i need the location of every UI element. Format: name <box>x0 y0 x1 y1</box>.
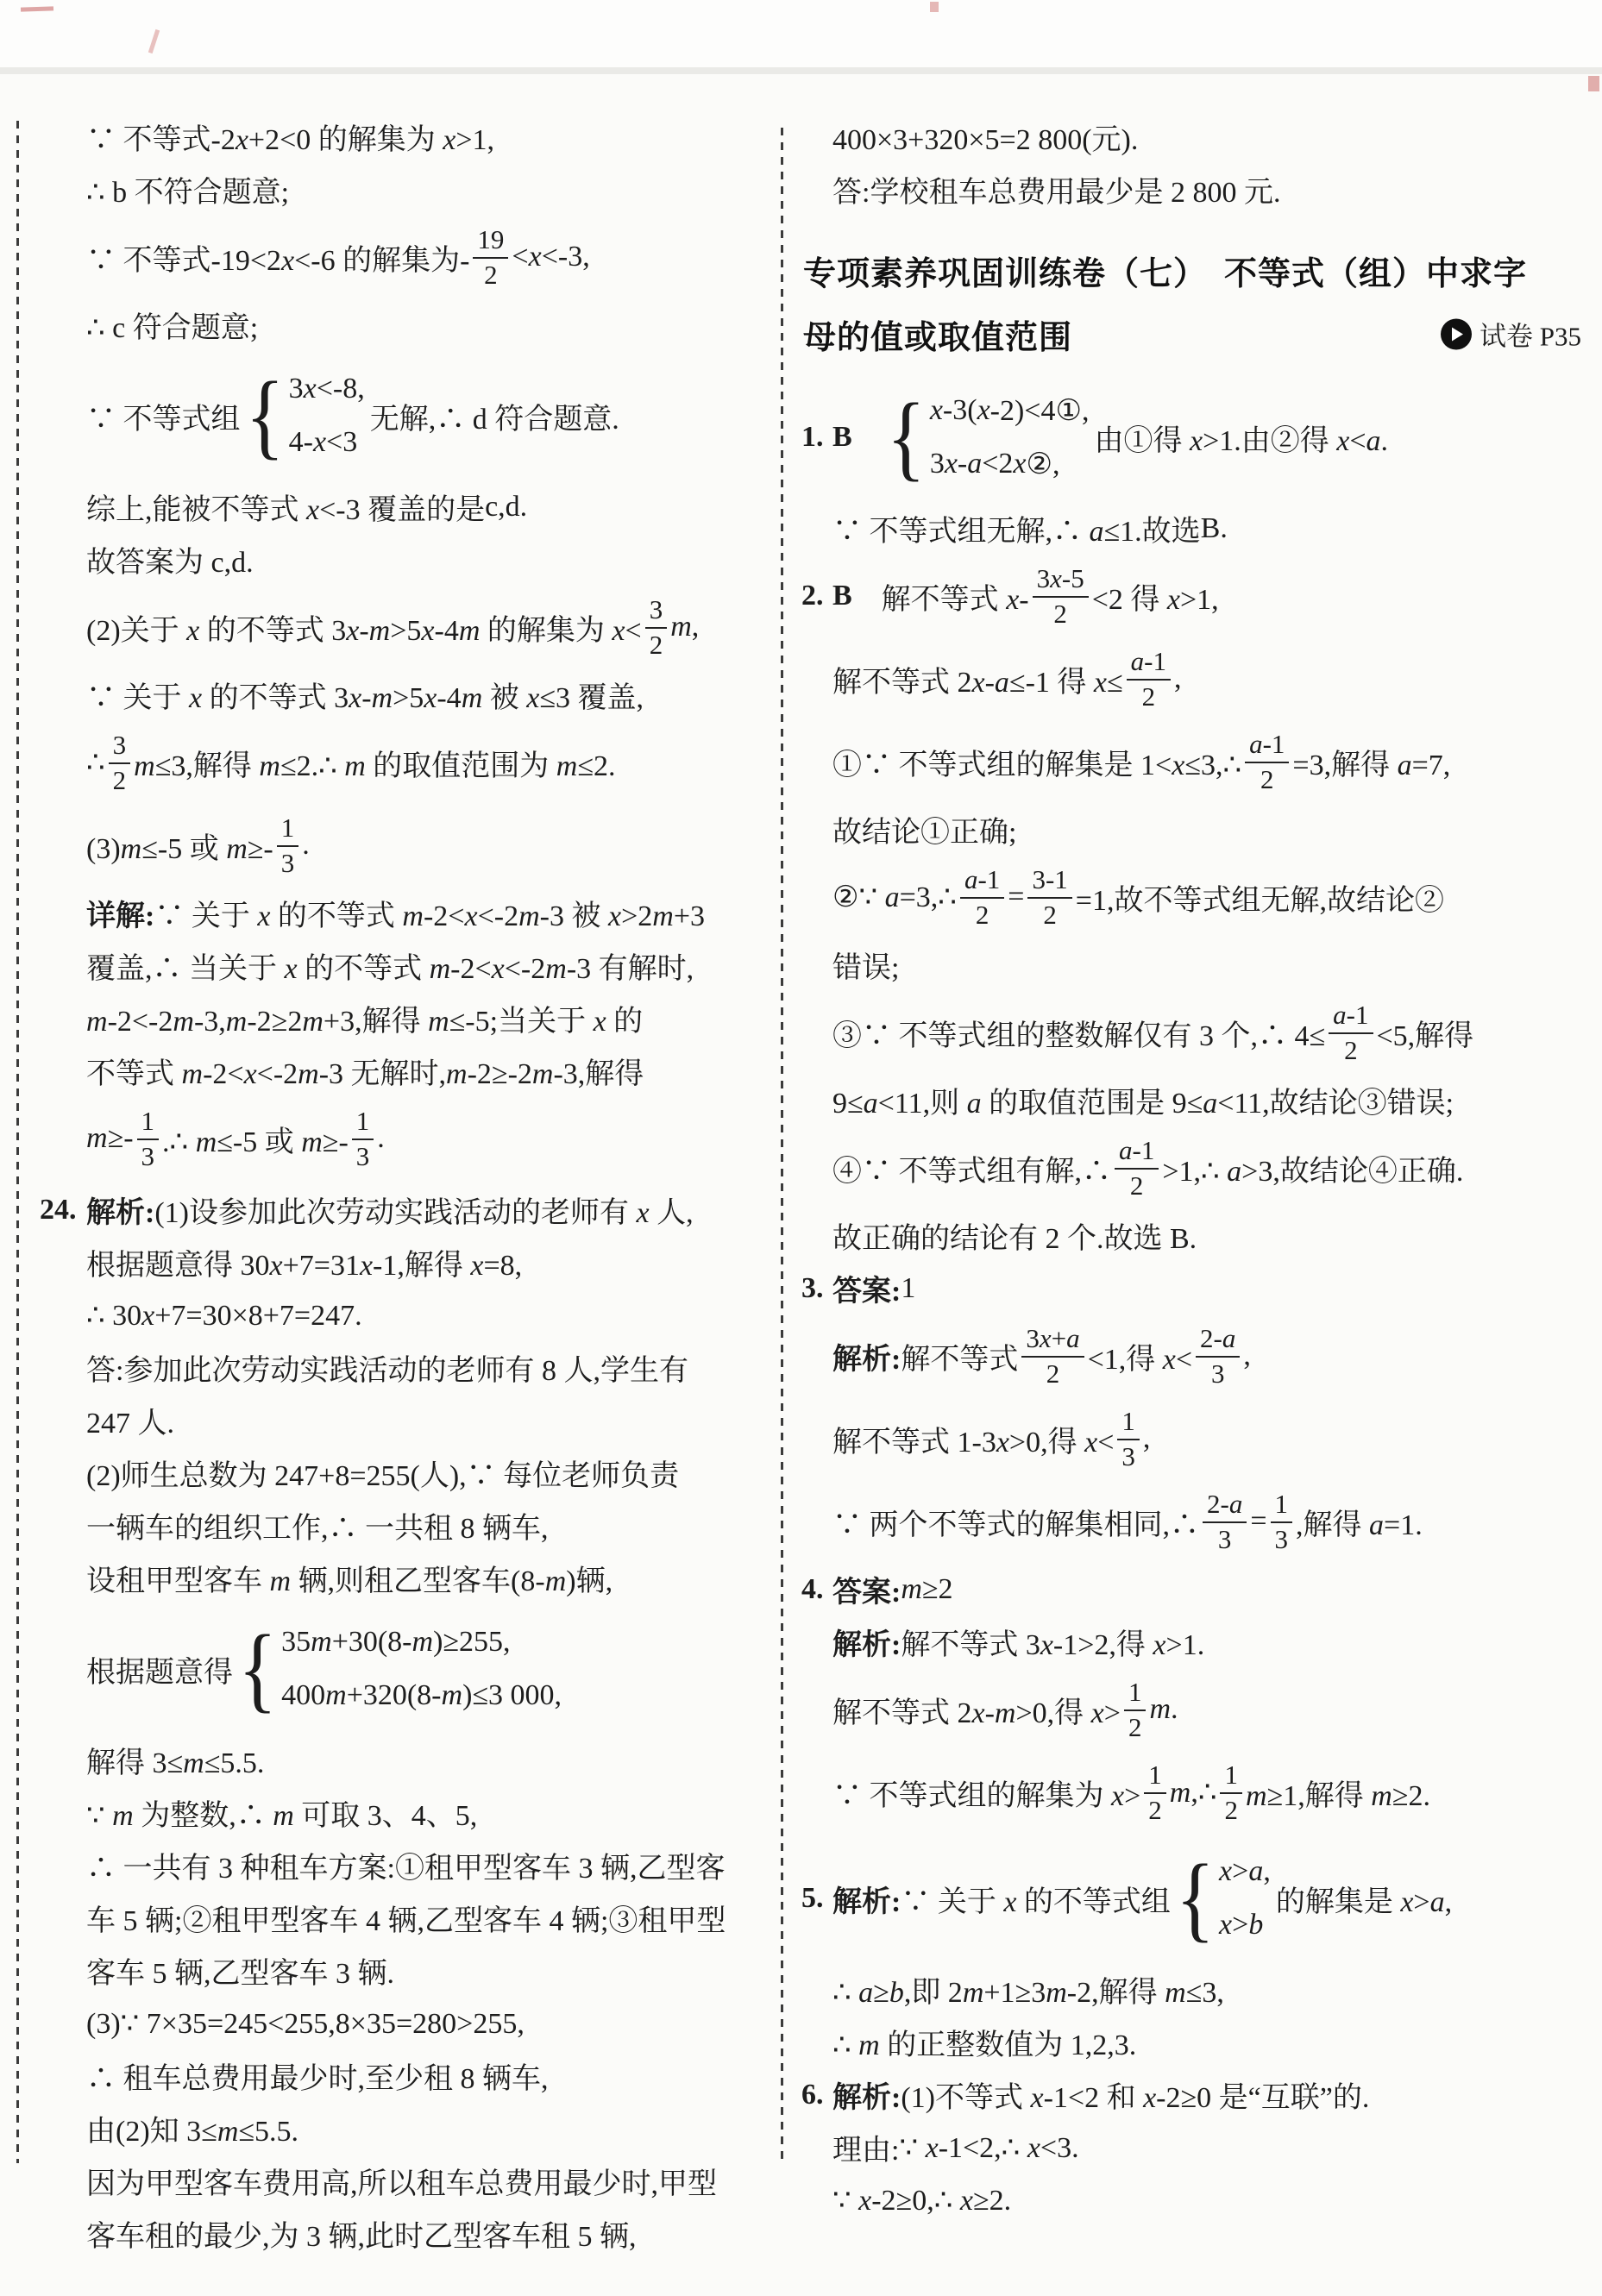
text-line: 解不等式 1-3x>0,得 x<13, <box>832 1397 1592 1480</box>
math-variable: m <box>532 1058 554 1090</box>
fraction-denominator: 2 <box>1142 681 1156 712</box>
fraction: 13 <box>137 1106 160 1171</box>
math-variable: a <box>1249 729 1263 759</box>
line-content: 解不等式 2x-m>0,得 x>12m. <box>832 1677 1178 1742</box>
text-run: 答:参加此次劳动实践活动的老师有 8 人,学生有 <box>86 1346 688 1389</box>
text-run: . <box>377 1122 385 1155</box>
math-variable: m <box>134 750 155 782</box>
text-line: 由(2)知 3≤m≤5.5. <box>86 2102 811 2155</box>
text-run: . <box>302 829 310 862</box>
text-run: 无解,∴ d 符合题意. <box>370 395 619 437</box>
item-number: 3. <box>801 1272 824 1305</box>
formula-run: <1,得 x< <box>1088 1335 1192 1377</box>
math-variable: x <box>1219 1855 1232 1888</box>
math-variable: x <box>424 682 437 714</box>
fraction: a-12 <box>1245 729 1289 794</box>
bold-label: 答案: <box>832 1568 901 1610</box>
math-variable: m <box>518 900 540 932</box>
formula-run: (1)不等式 x-1<2 和 x-2≥0 是“互联”的. <box>901 2073 1369 2116</box>
text-run: 车 5 辆;②租甲型客车 4 辆,乙型客车 4 辆;③租甲型 <box>86 1897 726 1939</box>
formula-run: 覆盖,∴ 当关于 x 的不等式 m-2<x<-2m-3 有解时, <box>86 944 694 987</box>
text-line: 解析:解不等式 3x+a2<1,得 x<2-a3, <box>832 1314 1592 1397</box>
text-line: 故结论①正确; <box>832 803 1592 856</box>
text-run: B. <box>1201 512 1228 545</box>
line-content: ∴ 30x+7=30×8+7=247. <box>86 1298 362 1333</box>
fraction: 13 <box>1271 1489 1293 1554</box>
scan-edge-band <box>0 67 1602 74</box>
formula-run: 设租甲型客车 m 辆,则租乙型客车(8-m)辆, <box>86 1557 613 1599</box>
line-content: 故正确的结论有 2 个.故选 B. <box>832 1214 1197 1257</box>
math-variable: b <box>889 1977 904 2009</box>
text-line: 3.答案:1 <box>832 1262 1592 1314</box>
math-variable: x <box>1153 1629 1165 1661</box>
line-content: ∴ 租车总费用最少时,至少租 8 辆车, <box>86 2054 549 2097</box>
math-variable: x <box>608 900 621 932</box>
text-line: (3)m≤-5 或 m≥-13. <box>86 804 811 887</box>
text-line: ∵ 两个不等式的解集相同,∴ 2-a3=13,解得 a=1. <box>832 1480 1592 1563</box>
fraction-numerator: 1 <box>137 1106 160 1140</box>
line-content: (3)∵ 7×35=245<255,8×35=280>255, <box>86 2006 525 2041</box>
fraction-numerator: a-1 <box>960 864 1004 899</box>
math-variable: x <box>1219 1909 1232 1942</box>
math-variable: x <box>304 373 317 405</box>
fraction-numerator: 3x-5 <box>1033 563 1089 598</box>
formula-run: (3)m≤-5 或 m≥- <box>86 825 273 867</box>
formula-run: 解不等式 <box>901 1335 1018 1377</box>
fraction: 3x+a2 <box>1021 1323 1084 1389</box>
text-run: = <box>1008 881 1024 913</box>
text-run: = <box>1250 1505 1266 1538</box>
text-run: 理由: <box>832 2126 899 2168</box>
formula-run: ③∵ 不等式组的整数解仅有 3 个,∴ 4≤ <box>832 1012 1325 1054</box>
line-content: 客车 5 辆,乙型客车 3 辆. <box>86 1949 394 1992</box>
math-variable: m <box>545 953 567 985</box>
text-line: 母的值或取值范围试卷 P35 <box>803 302 1592 366</box>
formula-run: (1)设参加此次劳动实践活动的老师有 x 人, <box>154 1189 693 1231</box>
line-content: 解析:(1)不等式 x-1<2 和 x-2≥0 是“互联”的. <box>832 2073 1369 2116</box>
fraction-denominator: 3 <box>1211 1358 1225 1390</box>
formula-run: 解不等式 3x-1>2,得 x>1. <box>901 1621 1204 1663</box>
formula-run: (2)关于 x 的不等式 3x-m>5x-4m 的解集为 x< <box>86 606 642 649</box>
bold-label: 解析: <box>832 1878 901 1920</box>
fraction-denominator: 3 <box>281 847 295 879</box>
math-variable: m <box>670 611 692 643</box>
math-variable: m <box>412 1626 434 1659</box>
line-content: 答案:1 <box>832 1267 915 1309</box>
bold-label: 专项素养巩固训练卷（七） 不等式（组）中求字 <box>803 247 1527 294</box>
formula-run: m, <box>670 611 699 643</box>
line-content: (3)m≤-5 或 m≥-13. <box>86 812 310 878</box>
fraction-numerator: 3x+a <box>1021 1323 1084 1358</box>
fraction-denominator: 2 <box>1148 1794 1162 1826</box>
system-row: 4-x<3 <box>289 416 365 469</box>
line-content: ∵ 不等式组无解,∴ a≤1.故选 B. <box>832 507 1228 549</box>
left-column: ∵ 不等式-2x+2<0 的解集为 x>1,∴ b 不符合题意;∵ 不等式-19… <box>86 110 811 2260</box>
math-variable: a <box>1227 1156 1241 1188</box>
math-variable: m <box>301 1126 323 1158</box>
math-variable: a <box>995 667 1009 699</box>
formula-run: ∵ 不等式组的解集为 x> <box>832 1772 1140 1814</box>
text-run: 因为甲型客车费用高,所以租车总费用最少时,甲型 <box>86 2160 717 2202</box>
formula-run: ①∵ 不等式组的解集是 1<x≤3,∴ <box>832 741 1241 783</box>
fraction-numerator: 3 <box>109 730 131 764</box>
formula-run: m-2<-2m-3,m-2≥2m+3,解得 m≤-5;当关于 x 的 <box>86 997 643 1039</box>
arrow-glyph <box>1452 327 1463 341</box>
math-variable: x <box>244 1058 257 1090</box>
text-line: 故正确的结论有 2 个.故选 B. <box>832 1209 1592 1262</box>
math-variable: m <box>858 2029 880 2061</box>
line-content: 根据题意得{35m+30(8-m)≥255,400m+320(8-m)≤3 00… <box>86 1615 567 1722</box>
fraction-denominator: 3 <box>356 1140 370 1172</box>
formula-run: 9≤a<11,则 a 的取值范围是 9≤a<11,故结论③错误; <box>832 1079 1454 1121</box>
line-content: 答案:m≥2 <box>832 1568 953 1610</box>
text-line: 覆盖,∴ 当关于 x 的不等式 m-2<x<-2m-3 有解时, <box>86 939 811 992</box>
formula-run: <5,解得 <box>1377 1012 1474 1054</box>
math-variable: m <box>112 1800 134 1832</box>
paper-ref-label: 试卷 P35 <box>1479 315 1581 354</box>
text-run: , <box>1243 1339 1251 1372</box>
math-variable: x <box>1084 1427 1097 1459</box>
scan-top-edge <box>0 0 1602 67</box>
text-run: 故答案为 c,d. <box>86 538 254 580</box>
fraction: 13 <box>1117 1406 1140 1471</box>
line-content: ①∵ 不等式组的解集是 1<x≤3,∴ a-12=3,解得 a=7, <box>832 729 1450 794</box>
fraction-denominator: 2 <box>1344 1034 1358 1066</box>
math-variable: m <box>556 750 578 782</box>
line-content: 理由:∵ x-1<2,∴ x<3. <box>832 2126 1079 2168</box>
text-run: ∴ 一共有 3 种租车方案:①租甲型客车 3 辆,乙型客 <box>86 1844 725 1886</box>
line-content: (2)关于 x 的不等式 3x-m>5x-4m 的解集为 x<32m, <box>86 594 699 660</box>
line-content: 设租甲型客车 m 辆,则租乙型客车(8-m)辆, <box>86 1557 613 1599</box>
math-variable: x <box>189 682 202 714</box>
item-number: 6. <box>801 2079 824 2111</box>
paper-ref-badge: 试卷 P35 <box>1441 315 1581 354</box>
math-variable: m <box>1165 1977 1186 2009</box>
system-rows: 3x<-8,4-x<3 <box>289 362 365 469</box>
system-rows: 35m+30(8-m)≥255,400m+320(8-m)≤3 000, <box>281 1615 562 1722</box>
math-variable: a <box>1119 1135 1133 1165</box>
line-content: 答:学校租车总费用最少是 2 800 元. <box>832 168 1280 210</box>
line-content: ∵ x-2≥0,∴ x≥2. <box>832 2183 1011 2218</box>
math-variable: x <box>257 900 270 932</box>
fraction-numerator: a-1 <box>1127 646 1171 681</box>
left-dashed-border <box>16 121 19 2163</box>
math-variable: a <box>1066 1323 1080 1353</box>
text-run: 答:学校租车总费用最少是 2 800 元. <box>832 168 1280 210</box>
math-variable: x <box>1094 667 1107 699</box>
text-line: 车 5 辆;②租甲型客车 4 辆,乙型客车 4 辆;③租甲型 <box>86 1891 811 1944</box>
fraction-denominator: 2 <box>1260 763 1274 795</box>
formula-run: ∵ x-1<2,∴ x<3. <box>899 2130 1078 2165</box>
line-content: m≥-13.∴ m≤-5 或 m≥-13. <box>86 1106 385 1171</box>
math-variable: x <box>926 2132 939 2164</box>
fraction: 12 <box>1124 1677 1147 1742</box>
fraction-denominator: 2 <box>976 899 989 931</box>
formula-run: 由(2)知 3≤m≤5.5. <box>86 2107 298 2149</box>
fraction-numerator: 2-a <box>1196 1323 1240 1358</box>
math-variable: x <box>972 667 985 699</box>
math-variable: x <box>349 682 361 714</box>
formula-run: ∴ a≥b,即 2m+1≥3m-2,解得 m≤3, <box>832 1968 1224 2011</box>
item-number: 1. <box>801 421 824 454</box>
formula-run: >1,∴ a>3,故结论④正确. <box>1162 1147 1463 1189</box>
line-content: 247 人. <box>86 1399 174 1441</box>
line-content: 母的值或取值范围 <box>803 311 1072 358</box>
math-variable: a <box>1222 1323 1236 1353</box>
math-variable: m <box>963 1977 984 2009</box>
math-variable: m <box>86 1006 108 1038</box>
math-variable: m <box>311 1626 332 1659</box>
formula-run: m,∴ <box>1170 1775 1217 1810</box>
fraction-numerator: 1 <box>352 1106 374 1140</box>
math-variable: m <box>182 1058 204 1090</box>
line-content: 解不等式 1-3x>0,得 x<13, <box>832 1406 1150 1471</box>
line-content: 故结论①正确; <box>832 808 1016 850</box>
math-variable: m <box>545 1565 567 1597</box>
line-content: 根据题意得 30x+7=31x-1,解得 x=8, <box>86 1241 522 1283</box>
text-line: ②∵ a=3,∴ a-12=3-12=1,故不等式组无解,故结论② <box>832 856 1592 938</box>
formula-run: <x<-3, <box>512 241 589 273</box>
brace-icon: { <box>1176 1855 1215 1942</box>
math-variable: m <box>442 1679 463 1712</box>
formula-run: 解不等式 1-3x>0,得 x< <box>832 1418 1114 1460</box>
text-line: 设租甲型客车 m 辆,则租乙型客车(8-m)辆, <box>86 1552 811 1604</box>
math-variable: m <box>430 953 451 985</box>
math-variable: x <box>636 1197 649 1229</box>
math-variable: x <box>360 1250 373 1282</box>
line-content: 答:参加此次劳动实践活动的老师有 8 人,学生有 <box>86 1346 688 1389</box>
formula-run: =1,故不等式组无解,故结论② <box>1076 876 1444 919</box>
text-line: 9≤a<11,则 a 的取值范围是 9≤a<11,故结论③错误; <box>832 1074 1592 1126</box>
inequality-system: {x-3(x-2)<4①,3x-a<2x②, <box>887 384 1090 491</box>
formula-run: ∵ 不等式组 <box>86 395 241 437</box>
formula-run: 不等式 m-2<x<-2m-3 无解时,m-2≥-2m-3,解得 <box>86 1050 644 1092</box>
line-content: ∵ 不等式组{3x<-8,4-x<3无解,∴ d 符合题意. <box>86 362 619 469</box>
math-variable: x <box>313 426 326 459</box>
math-variable: m <box>428 1006 449 1038</box>
formula-run: .∴ m≤-5 或 m≥- <box>162 1118 349 1160</box>
formula-run: ,解得 a=1. <box>1296 1501 1423 1543</box>
text-line: ∵ 不等式组无解,∴ a≤1.故选 B. <box>832 502 1592 555</box>
text-line: 6.解析:(1)不等式 x-1<2 和 x-2≥0 是“互联”的. <box>832 2068 1592 2121</box>
brace-icon: { <box>246 373 285 459</box>
text-line: ∴ 32m≤3,解得 m≤2.∴ m 的取值范围为 m≤2. <box>86 721 811 804</box>
fraction-numerator: a-1 <box>1245 729 1289 763</box>
math-variable: x <box>1091 1697 1104 1729</box>
text-run: 247 人. <box>86 1399 174 1441</box>
line-content: m-2<-2m-3,m-2≥2m+3,解得 m≤-5;当关于 x 的 <box>86 997 643 1039</box>
line-content: ∴ a≥b,即 2m+1≥3m-2,解得 m≤3, <box>832 1968 1224 2011</box>
arrow-right-icon <box>1441 318 1472 349</box>
text-line: 因为甲型客车费用高,所以租车总费用最少时,甲型 <box>86 2155 811 2207</box>
math-variable: m <box>217 2116 239 2148</box>
fraction: a-12 <box>960 864 1004 930</box>
fraction-denominator: 3 <box>1275 1523 1289 1555</box>
line-content: 错误; <box>832 944 899 986</box>
formula-run: ∵ 两个不等式的解集相同,∴ <box>832 1501 1199 1543</box>
formula-run: ∴ 30x+7=30×8+7=247. <box>86 1298 362 1333</box>
math-variable: x <box>977 394 990 427</box>
text-run: 故结论①正确; <box>832 808 1016 850</box>
line-content: 400×3+320×5=2 800(元). <box>832 116 1138 158</box>
fraction-denominator: 2 <box>484 259 498 291</box>
fraction: 3x-52 <box>1033 563 1089 629</box>
math-variable: m <box>259 750 280 782</box>
line-content: ∴ b 不符合题意; <box>86 168 289 210</box>
math-variable: x <box>281 245 294 277</box>
fraction: 13 <box>277 812 299 878</box>
formula-run: m≥1,解得 m≥2. <box>1246 1772 1430 1814</box>
math-variable: x <box>1040 1323 1052 1353</box>
text-line: 1.B {x-3(x-2)<4①,3x-a<2x②,由①得 x>1.由②得 x<… <box>832 373 1592 502</box>
text-run: 一辆车的组织工作,∴ 一共租 8 辆车, <box>86 1504 549 1546</box>
math-variable: x <box>470 1250 483 1282</box>
red-mark <box>1588 76 1599 91</box>
math-variable: a <box>1366 425 1381 457</box>
formula-run: 根据题意得 30x+7=31x-1,解得 x=8, <box>86 1241 522 1283</box>
page: ∵ 不等式-2x+2<0 的解集为 x>1,∴ b 不符合题意;∵ 不等式-19… <box>0 0 1602 2296</box>
formula-run: 综上,能被不等式 x<-3 覆盖的是 <box>86 486 485 528</box>
line-content: (2)师生总数为 247+8=255(人),∵ 每位老师负责 <box>86 1452 679 1494</box>
fraction: 32 <box>645 594 668 660</box>
math-variable: m <box>298 1058 319 1090</box>
red-mark <box>930 2 939 12</box>
bold-label: 详解: <box>86 892 154 934</box>
formula-run: ∴ <box>86 745 105 780</box>
math-variable: x <box>1172 750 1184 781</box>
formula-run: 的解集是 x>a, <box>1276 1878 1452 1920</box>
math-variable: a <box>885 881 900 913</box>
math-variable: x <box>1143 2082 1156 2114</box>
system-row: 3x-a<2x②, <box>930 437 1090 491</box>
math-variable: m <box>226 1006 248 1038</box>
system-row: x>a, <box>1219 1845 1271 1898</box>
text-run: 400×3+320×5=2 800(元). <box>832 116 1138 158</box>
item-number: 24. <box>40 1194 77 1226</box>
text-line: 2.B 解不等式 x-3x-52<2 得 x>1, <box>832 555 1592 637</box>
text-line: 解不等式 2x-a≤-1 得 x≤a-12, <box>832 637 1592 720</box>
math-variable: a <box>1131 646 1145 676</box>
math-variable: x <box>141 1300 154 1332</box>
text-line: 答:参加此次劳动实践活动的老师有 8 人,学生有 <box>86 1341 811 1394</box>
fraction-numerator: 1 <box>277 812 299 847</box>
text-line: ∴ 租车总费用最少时,至少租 8 辆车, <box>86 2049 811 2102</box>
math-variable: a <box>1229 1489 1243 1519</box>
bold-label: 解析: <box>86 1189 154 1231</box>
math-variable: x <box>186 615 199 647</box>
math-variable: x <box>972 1697 985 1729</box>
fraction-denominator: 2 <box>113 764 127 796</box>
math-variable: x <box>236 124 248 156</box>
system-row: 35m+30(8-m)≥255, <box>281 1615 562 1669</box>
inequality-system: {x>a,x>b <box>1176 1845 1271 1952</box>
math-variable: x <box>1336 425 1349 457</box>
text-run: c,d. <box>485 491 527 524</box>
fraction-denominator: 3 <box>1218 1523 1232 1555</box>
math-variable: m <box>1149 1693 1171 1725</box>
math-variable: m <box>901 1573 922 1605</box>
formula-run: =3,解得 a=7, <box>1292 741 1450 783</box>
fraction-numerator: 1 <box>1144 1760 1166 1794</box>
text-line: 错误; <box>832 938 1592 991</box>
math-variable: x <box>270 1250 283 1282</box>
text-line: ∵ 不等式-19<2x<-6 的解集为-192<x<-3, <box>86 216 811 298</box>
line-content: ∵ 两个不等式的解集相同,∴ 2-a3=13,解得 a=1. <box>832 1489 1423 1554</box>
bold-label: 母的值或取值范围 <box>803 311 1072 358</box>
text-line: 解析:解不等式 3x-1>2,得 x>1. <box>832 1615 1592 1668</box>
math-variable: m <box>459 615 481 647</box>
text-line: 400×3+320×5=2 800(元). <box>832 110 1592 163</box>
line-content: 解得 3≤m≤5.5. <box>86 1739 264 1781</box>
line-content: 故答案为 c,d. <box>86 538 254 580</box>
math-variable: m <box>1246 1780 1267 1812</box>
formula-run: m≥- <box>86 1122 134 1155</box>
math-variable: x <box>1040 1629 1053 1661</box>
formula-run: m≤3,解得 m≤2.∴ m 的取值范围为 m≤2. <box>134 742 615 784</box>
text-run: 客车 5 辆,乙型客车 3 辆. <box>86 1949 394 1992</box>
math-variable: x <box>1163 1344 1176 1376</box>
line-content: ∵ 不等式-19<2x<-6 的解集为-192<x<-3, <box>86 224 590 290</box>
text-line: ∴ 30x+7=30×8+7=247. <box>86 1289 811 1341</box>
math-variable: m <box>1046 1977 1067 2009</box>
math-variable: x <box>492 953 505 985</box>
fraction-numerator: 1 <box>1271 1489 1293 1523</box>
fraction-denominator: 2 <box>1128 1711 1142 1743</box>
bold-label: B <box>832 580 852 612</box>
line-content: ④∵ 不等式组有解,∴ a-12>1,∴ a>3,故结论④正确. <box>832 1135 1463 1201</box>
line-content: 详解:∵ 关于 x 的不等式 m-2<x<-2m-3 被 x>2m+3 <box>86 892 705 934</box>
math-variable: x <box>529 241 542 273</box>
formula-run: ∴ m 的正整数值为 1,2,3. <box>832 2021 1136 2063</box>
formula-run: ∵ 不等式组无解,∴ a≤1.故选 <box>832 507 1201 549</box>
fraction-numerator: a-1 <box>1329 1000 1373 1034</box>
math-variable: x <box>1030 2082 1043 2114</box>
formula-run: m. <box>1149 1693 1178 1726</box>
math-variable: m <box>462 682 483 714</box>
math-variable: a <box>1430 1886 1445 1918</box>
text-run <box>852 417 882 459</box>
fraction: a-12 <box>1127 646 1171 712</box>
line-content: 不等式 m-2<x<-2m-3 无解时,m-2≥-2m-3,解得 <box>86 1050 644 1092</box>
math-variable: x <box>1006 584 1019 616</box>
math-variable: m <box>1170 1777 1191 1809</box>
math-variable: a <box>1203 1088 1217 1120</box>
line-content: 因为甲型客车费用高,所以租车总费用最少时,甲型 <box>86 2160 717 2202</box>
fraction: 3-12 <box>1027 864 1071 930</box>
line-content: ∴ 一共有 3 种租车方案:①租甲型客车 3 辆,乙型客 <box>86 1844 725 1886</box>
text-line: 解不等式 2x-m>0,得 x>12m. <box>832 1668 1592 1751</box>
formula-run: ∵ 关于 x 的不等式 3x-m>5x-4m 被 x≤3 覆盖, <box>86 674 644 716</box>
fraction-denominator: 2 <box>1043 899 1057 931</box>
math-variable: x <box>464 900 477 932</box>
math-variable: a <box>1398 750 1412 781</box>
line-content: ∴ m 的正整数值为 1,2,3. <box>832 2021 1136 2063</box>
line-content: 一辆车的组织工作,∴ 一共租 8 辆车, <box>86 1504 549 1546</box>
text-line: 一辆车的组织工作,∴ 一共租 8 辆车, <box>86 1499 811 1552</box>
text-line: ③∵ 不等式组的整数解仅有 3 个,∴ 4≤a-12<5,解得 <box>832 991 1592 1074</box>
math-variable: x <box>1111 1780 1124 1812</box>
math-variable: a <box>858 1977 873 2009</box>
math-variable: m <box>446 1058 468 1090</box>
right-column: 400×3+320×5=2 800(元).答:学校租车总费用最少是 2 800 … <box>832 110 1592 2226</box>
math-variable: m <box>652 900 674 932</box>
bold-label: 答案: <box>832 1267 901 1309</box>
line-content: 覆盖,∴ 当关于 x 的不等式 m-2<x<-2m-3 有解时, <box>86 944 694 987</box>
text-line: ∵ 不等式-2x+2<0 的解集为 x>1, <box>86 110 811 163</box>
math-variable: a <box>967 448 982 480</box>
text-line: 综上,能被不等式 x<-3 覆盖的是 c,d. <box>86 480 811 533</box>
line-content: 车 5 辆;②租甲型客车 4 辆,乙型客车 4 辆;③租甲型 <box>86 1897 726 1939</box>
